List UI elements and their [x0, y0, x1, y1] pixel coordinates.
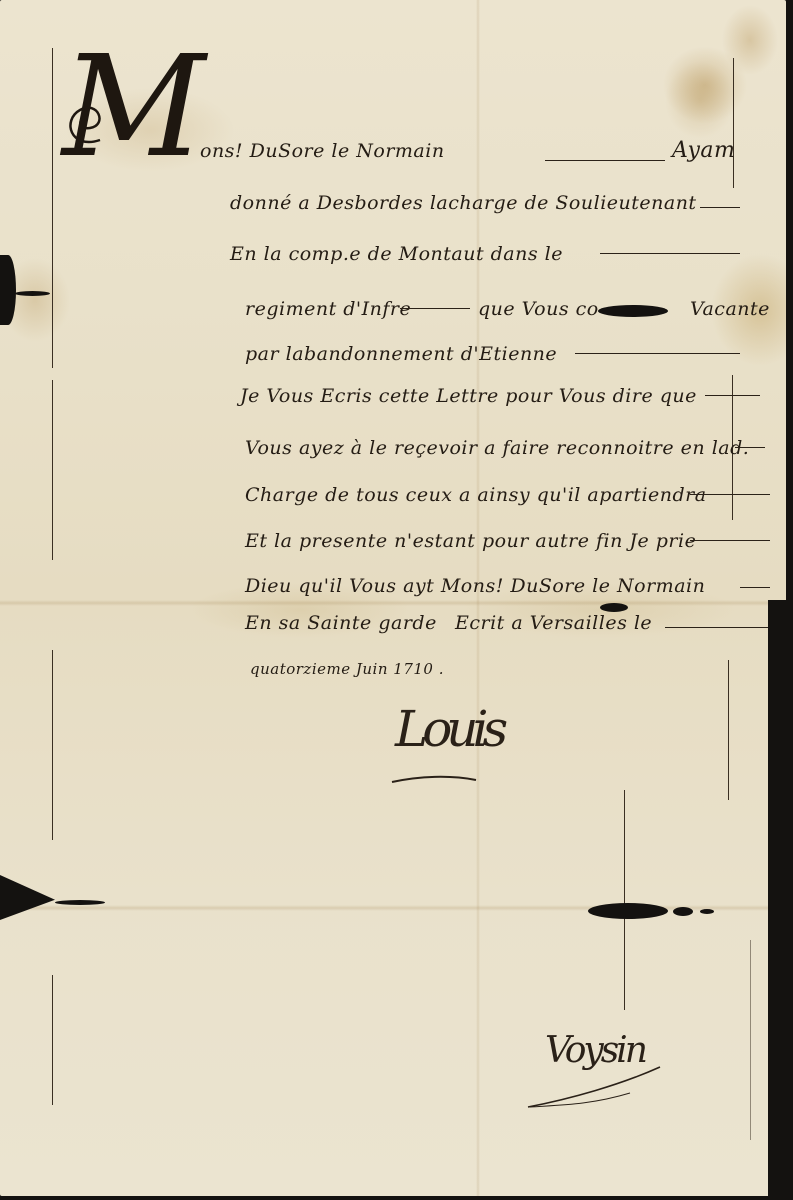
right-margin-rule: [750, 940, 751, 1140]
signature-flourish-icon: [520, 1055, 670, 1115]
manuscript-page: M ons! DuSore le Normain Ayam donné a De…: [0, 0, 786, 1196]
page-edge-shadow: [768, 600, 786, 1196]
initial-flourish-icon: [60, 95, 130, 155]
left-margin-rule: [52, 975, 53, 1105]
fold-crease-horizontal: [0, 905, 786, 911]
fold-crease-vertical: [476, 0, 480, 1196]
royal-signature: Louis: [395, 700, 502, 758]
letter-line-1: ons! DuSore le Normain: [200, 140, 445, 162]
letter-line-9: Et la presente n'estant pour autre fin J…: [245, 530, 696, 552]
line-filler: [545, 160, 665, 161]
letter-line-4b: que Vous co: [478, 298, 599, 320]
right-margin-rule: [728, 660, 729, 800]
line-filler: [600, 253, 740, 254]
page-tear: [588, 903, 668, 919]
left-margin-rule: [52, 48, 53, 368]
letter-line-8: Charge de tous ceux a ainsy qu'il aparti…: [245, 484, 707, 506]
letter-line-7: Vous ayez à le reçevoir a faire reconnoi…: [245, 437, 749, 459]
letter-line-1-end: Ayam: [672, 138, 735, 163]
line-filler: [575, 353, 740, 354]
letter-line-4a: regiment d'Infre: [245, 298, 411, 320]
ink-blot: [598, 305, 668, 317]
line-filler: [700, 207, 740, 208]
line-filler: [400, 308, 470, 309]
letter-line-10: Dieu qu'il Vous ayt Mons! DuSore le Norm…: [245, 575, 705, 597]
letter-line-5: par labandonnement d'Etienne: [245, 343, 557, 365]
letter-line-11a: En sa Sainte garde: [245, 612, 437, 634]
line-filler: [665, 627, 775, 628]
signature-underline-icon: [390, 770, 480, 790]
letter-date-line: quatorzieme Juin 1710 .: [250, 660, 444, 678]
letter-line-6: Je Vous Ecris cette Lettre pour Vous dir…: [240, 385, 697, 407]
line-filler: [735, 447, 765, 448]
page-tear: [673, 907, 693, 916]
page-tear: [55, 900, 105, 905]
page-tear: [0, 255, 16, 325]
line-filler: [690, 494, 770, 495]
page-tear: [15, 291, 50, 296]
left-margin-rule: [52, 650, 53, 840]
fold-crease-horizontal: [0, 600, 786, 606]
page-tear: [700, 909, 714, 914]
line-filler: [705, 395, 760, 396]
letter-line-2: donné a Desbordes lacharge de Soulieuten…: [230, 192, 697, 214]
right-margin-rule: [733, 58, 734, 188]
left-margin-rule: [52, 380, 53, 560]
right-margin-rule: [624, 790, 625, 1010]
line-filler: [690, 540, 770, 541]
letter-line-11b: Ecrit a Versailles le: [455, 612, 652, 634]
letter-line-4c: Vacante: [690, 298, 770, 320]
line-filler: [740, 587, 770, 588]
ink-blot: [600, 603, 628, 612]
letter-line-3: En la comp.e de Montaut dans le: [230, 243, 563, 265]
page-tear: [0, 875, 55, 920]
